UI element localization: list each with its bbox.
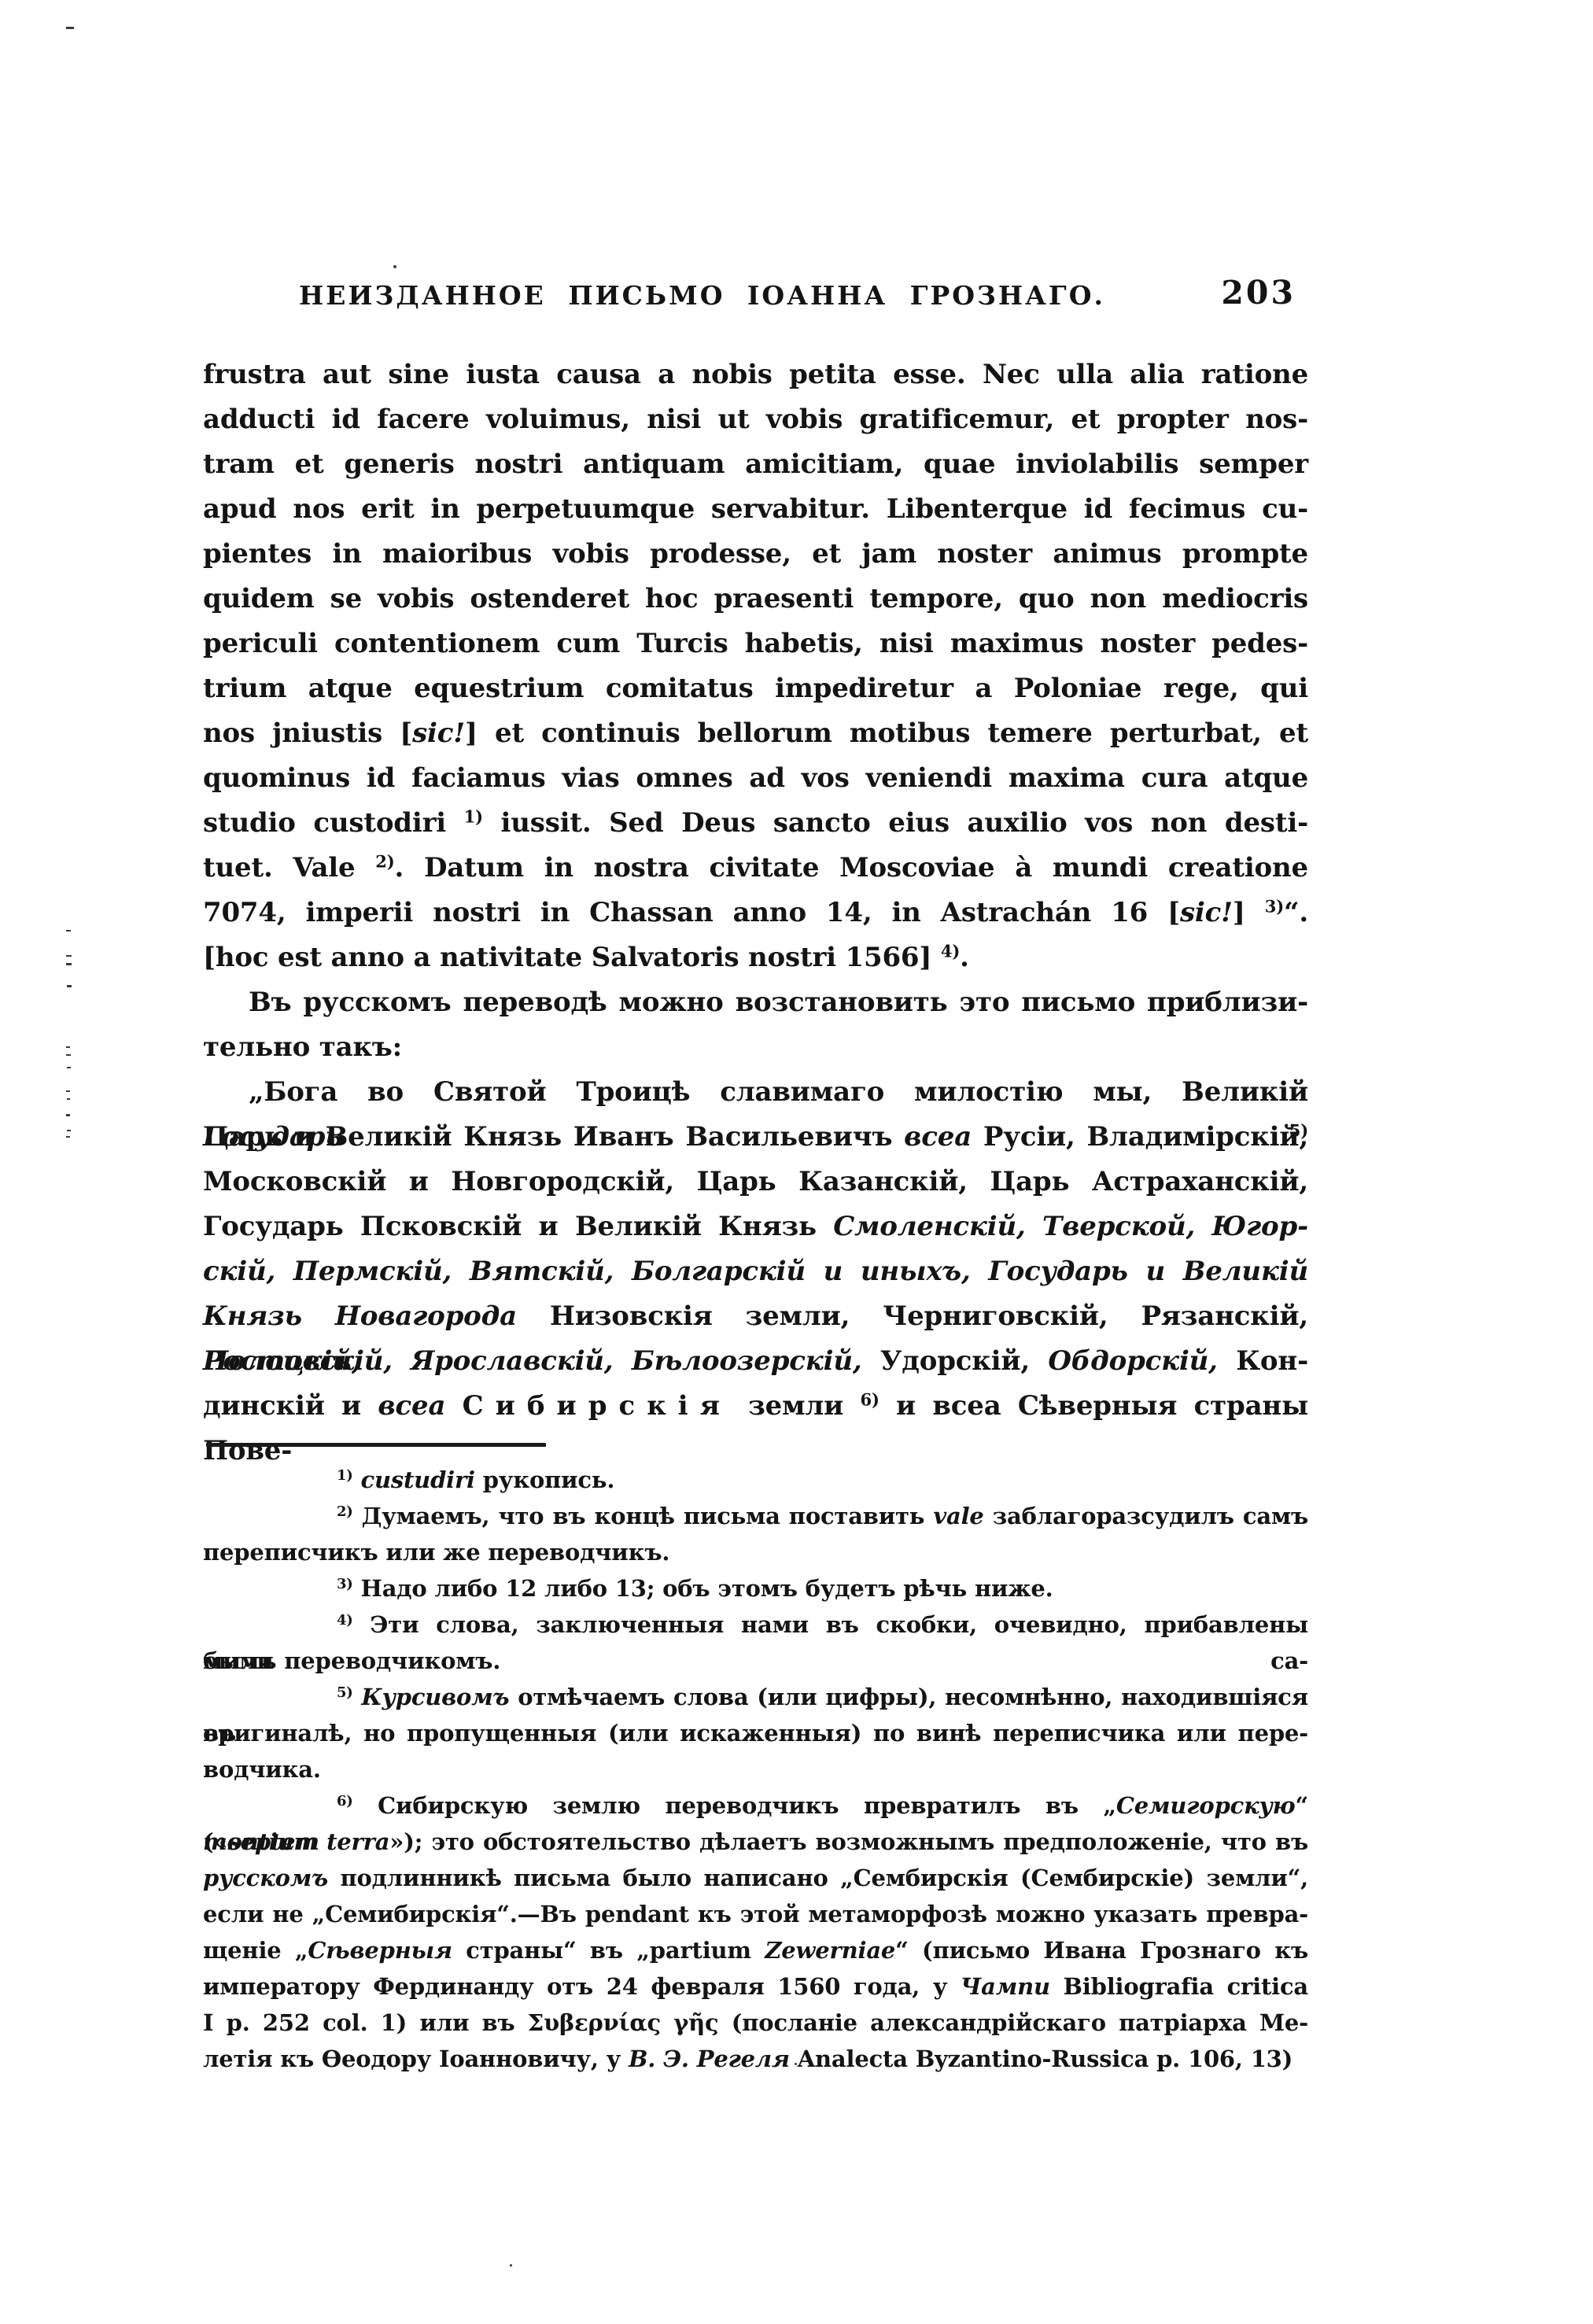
text-segment: periculi contentionem cum Turcis habetis… — [203, 628, 1308, 659]
paragraph: frustra aut sine iusta causa a nobis pet… — [203, 352, 1308, 980]
text-segment: щеніе „ — [203, 1937, 308, 1964]
text-segment: Кон- — [1218, 1345, 1308, 1377]
text-segment — [353, 1684, 362, 1710]
text-segment: vale — [933, 1503, 983, 1529]
text-line: nos jniustis [sic!] et continuis belloru… — [203, 711, 1308, 756]
scan-artifact — [795, 2063, 797, 2065]
text-line: 1) custudiri рукопись. — [203, 1462, 1308, 1498]
text-segment: “ (письмо Ивана Грознаго къ — [895, 1937, 1308, 1964]
scan-artifact — [66, 27, 74, 29]
text-line: quidem se vobis ostenderet hoc praesenti… — [203, 577, 1308, 622]
text-line: Московскій и Новгородскій, Царь Казанскі… — [203, 1160, 1308, 1204]
text-segment: мимъ переводчикомъ. — [203, 1647, 500, 1674]
text-segment: Семигорскую — [1116, 1792, 1296, 1819]
text-segment: рукопись. — [475, 1466, 614, 1493]
text-line: динскій и всеа Сибирскія земли 6) и всеа… — [203, 1384, 1308, 1429]
text-line: летія къ Ѳеодору Іоанновичу, у В. Э. Рег… — [203, 2041, 1308, 2077]
text-line: montium terra»); это обстоятельство дѣла… — [203, 1824, 1308, 1860]
text-segment: quidem se vobis ostenderet hoc praesenti… — [203, 583, 1308, 614]
scan-artifact — [66, 963, 72, 965]
text-segment: Сѣверныя — [308, 1937, 452, 1964]
running-header: НЕИЗДАННОЕ ПИСЬМО ІОАННА ГРОЗНАГО. 203 — [203, 280, 1308, 323]
text-segment: императору Фердинанду отъ 24 февраля 156… — [203, 1973, 961, 2000]
text-line: periculi contentionem cum Turcis habetis… — [203, 622, 1308, 666]
paragraph: „Бога во Святой Троицѣ славимаго милості… — [203, 1070, 1308, 1429]
text-line: Государь Псковскій и Великій Князь Смоле… — [203, 1204, 1308, 1249]
text-line: 6) Сибирскую землю переводчикъ превратил… — [203, 1787, 1308, 1824]
text-segment: »); это обстоятельство дѣлаетъ возможным… — [389, 1828, 1308, 1855]
paragraph: 5) Курсивомъ отмѣчаемъ слова (или цифры)… — [203, 1679, 1308, 1787]
text-segment: nos jniustis [ — [203, 717, 412, 749]
text-line: скій, Пермскій, Вятскій, Болгарскій и ин… — [203, 1249, 1308, 1294]
text-line: тельно такъ: — [203, 1025, 1308, 1070]
text-segment: Analecta Byzantino-Russica p. 106, 13) — [790, 2045, 1292, 2072]
text-segment: pientes in maioribus vobis prodesse, et … — [203, 538, 1308, 570]
text-segment: iussit. Sed Deus sancto eius auxilio vos… — [483, 807, 1308, 839]
text-segment: переписчикъ или же переводчикъ. — [203, 1539, 669, 1566]
text-segment: Курсивомъ — [361, 1684, 509, 1710]
text-segment: custudiri — [361, 1466, 475, 1493]
text-line: [hoc est anno a nativitate Salvatoris no… — [203, 935, 1308, 980]
scan-artifact — [393, 265, 396, 268]
text-line: trium atque equestrium comitatus impedir… — [203, 666, 1308, 711]
text-segment: Надо либо 12 либо 13; объ этомъ будетъ р… — [353, 1575, 1053, 1602]
text-segment: земли — [732, 1390, 861, 1422]
paragraph: 1) custudiri рукопись. — [203, 1462, 1308, 1498]
text-segment: Сибирскую землю переводчикъ превратилъ в… — [353, 1792, 1116, 1819]
text-segment: ] — [1233, 897, 1265, 928]
text-segment: sic! — [412, 717, 465, 749]
paragraph: 3) Надо либо 12 либо 13; объ этомъ будет… — [203, 1570, 1308, 1607]
text-line: tuet. Vale 2). Datum in nostra civitate … — [203, 846, 1308, 891]
page-title: НЕИЗДАННОЕ ПИСЬМО ІОАННА ГРОЗНАГО. — [203, 280, 1308, 311]
text-segment: оригиналѣ, но пропущенныя (или искаженны… — [203, 1720, 1308, 1747]
paragraph: 6) Сибирскую землю переводчикъ превратил… — [203, 1787, 1308, 2077]
text-segment: Московскій и Новгородскій, Царь Казанскі… — [203, 1166, 1308, 1197]
text-segment: Въ русскомъ переводѣ можно возстановить … — [249, 987, 1308, 1018]
text-segment: Государь Псковскій и Великій Князь — [203, 1211, 833, 1242]
text-segment: тельно такъ: — [203, 1031, 402, 1063]
text-segment: sic! — [1180, 897, 1233, 928]
text-segment: frustra aut sine iusta causa a nobis pet… — [203, 359, 1308, 390]
page-number: 203 — [1221, 274, 1296, 312]
text-segment: adducti id facere voluimus, nisi ut vobi… — [203, 404, 1308, 435]
scan-artifact — [67, 1067, 71, 1068]
text-segment: скій, Пермскій, Вятскій, Болгарскій и ин… — [203, 1256, 1308, 1287]
text-line: pientes in maioribus vobis prodesse, et … — [203, 532, 1308, 577]
text-segment: страны“ въ „partium — [452, 1937, 765, 1964]
text-segment: [hoc est anno a nativitate Salvatoris no… — [203, 942, 941, 973]
text-line: водчика. — [203, 1751, 1308, 1787]
text-segment: tuet. Vale — [203, 852, 375, 883]
text-line: adducti id facere voluimus, nisi ut vobi… — [203, 397, 1308, 442]
text-segment: Bibliografia critica — [1050, 1973, 1308, 2000]
text-segment: trium atque equestrium comitatus impedir… — [203, 673, 1308, 704]
main-text: frustra aut sine iusta causa a nobis pet… — [203, 352, 1308, 1429]
scan-artifact — [66, 1090, 70, 1092]
text-line: если не „Семибирскія“.—Въ pendant къ это… — [203, 1896, 1308, 1932]
text-segment: летія къ Ѳеодору Іоанновичу, у — [203, 2045, 629, 2072]
text-segment: В. Э. Регеля — [629, 2045, 790, 2072]
text-segment: всеа — [378, 1390, 445, 1422]
text-segment: Обдорскій, — [1048, 1345, 1217, 1377]
text-segment: русскомъ — [203, 1865, 328, 1891]
text-line: tram et generis nostri antiquam amicitia… — [203, 442, 1308, 487]
text-segment — [353, 1466, 361, 1493]
scan-artifact — [510, 2264, 512, 2267]
text-line: quominus id faciamus vias omnes ad vos v… — [203, 756, 1308, 801]
text-segment: „Бога во Святой Троицѣ славимаго милості… — [249, 1076, 1308, 1108]
footnotes: 1) custudiri рукопись.2) Думаемъ, что въ… — [203, 1462, 1308, 2077]
text-segment: quominus id faciamus vias omnes ad vos v… — [203, 762, 1308, 794]
text-line: переписчикъ или же переводчикъ. — [203, 1534, 1308, 1570]
text-segment: “. — [1284, 897, 1308, 928]
text-line: apud nos erit in perpetuumque servabitur… — [203, 487, 1308, 532]
text-line: императору Фердинанду отъ 24 февраля 156… — [203, 1968, 1308, 2005]
text-segment: . Datum in nostra civitate Moscoviae à m… — [395, 852, 1308, 883]
text-line: 7074, imperii nostri in Chassan anno 14,… — [203, 891, 1308, 935]
text-line: I p. 252 col. 1) или въ Συβερνίας γῆς (п… — [203, 2005, 1308, 2041]
text-segment: Zewerniae — [765, 1937, 895, 1964]
text-segment: динскій и — [203, 1390, 378, 1422]
text-segment: ] et continuis bellorum motibus temere p… — [465, 717, 1308, 749]
text-segment: подлинникѣ письма было написано „Сембирс… — [328, 1865, 1308, 1891]
text-segment: studio custodiri — [203, 807, 464, 839]
scan-artifact — [66, 1136, 70, 1138]
paragraph: 4) Эти слова, заключенныя нами въ скобки… — [203, 1607, 1308, 1679]
scan-artifact — [67, 1130, 71, 1131]
text-line: русскомъ подлинникѣ письма было написано… — [203, 1860, 1308, 1896]
text-line: щеніе „Сѣверныя страны“ въ „partium Zewe… — [203, 1932, 1308, 1968]
text-line: studio custodiri 1) iussit. Sed Deus san… — [203, 801, 1308, 846]
text-segment — [445, 1390, 462, 1422]
text-segment: 7074, imperii nostri in Chassan anno 14,… — [203, 897, 1180, 928]
text-line: Ростовскій, Ярославскій, Бѣлоозерскій, У… — [203, 1339, 1308, 1384]
text-segment: если не „Семибирскія“.—Въ pendant къ это… — [203, 1901, 1308, 1927]
text-segment: Чампи — [961, 1973, 1050, 2000]
text-segment: Думаемъ, что въ концѣ письма поставить — [353, 1503, 934, 1529]
text-segment: Ростовскій, Ярославскій, Бѣлоозерскій, — [203, 1345, 862, 1377]
text-segment: Смоленскій, Тверской, Югор- — [833, 1211, 1308, 1242]
text-line: 2) Думаемъ, что въ концѣ письма поставит… — [203, 1498, 1308, 1534]
text-segment: apud nos erit in perpetuumque servabitur… — [203, 493, 1308, 525]
text-segment: водчика. — [203, 1756, 321, 1783]
text-segment: заблагоразсудилъ самъ — [984, 1503, 1308, 1529]
scan-artifact — [67, 1098, 70, 1100]
text-segment: Низовскія земли, Черниговскій, Рязанскій… — [517, 1300, 1308, 1332]
paragraph: 2) Думаемъ, что въ концѣ письма поставит… — [203, 1498, 1308, 1570]
scan-artifact — [66, 955, 72, 957]
text-line: Въ русскомъ переводѣ можно возстановить … — [203, 980, 1308, 1025]
text-segment: tram et generis nostri antiquam amicitia… — [203, 448, 1308, 480]
footnote-separator — [206, 1443, 546, 1447]
text-segment: всеа — [904, 1121, 972, 1153]
text-line: 4) Эти слова, заключенныя нами въ скобки… — [203, 1607, 1308, 1643]
scan-artifact — [67, 985, 72, 987]
paragraph: Въ русскомъ переводѣ можно возстановить … — [203, 980, 1308, 1070]
text-segment: montium terra — [203, 1828, 389, 1855]
text-segment: . — [960, 942, 969, 973]
scan-artifact — [66, 1114, 70, 1116]
text-line: 5) Курсивомъ отмѣчаемъ слова (или цифры)… — [203, 1679, 1308, 1715]
text-line: frustra aut sine iusta causa a nobis pet… — [203, 352, 1308, 397]
text-segment: Князь Новагорода — [203, 1300, 517, 1332]
text-line: Царь и Великій Князь Иванъ Васильевичъ в… — [203, 1115, 1308, 1160]
text-segment: Царь и Великій Князь Иванъ Васильевичъ — [203, 1121, 904, 1153]
text-segment: Русіи, Владимірскій, — [972, 1121, 1308, 1153]
text-line: Князь Новагорода Низовскія земли, Черниг… — [203, 1294, 1308, 1339]
scan-artifact — [66, 1054, 71, 1056]
text-line: „Бога во Святой Троицѣ славимаго милості… — [203, 1070, 1308, 1115]
text-segment: I p. 252 col. 1) или въ Συβερνίας γῆς (п… — [203, 2009, 1308, 2036]
text-segment: Удорскій, — [862, 1345, 1049, 1377]
scan-artifact — [66, 1046, 70, 1048]
text-segment: Сибирскія — [463, 1390, 732, 1422]
text-line: оригиналѣ, но пропущенныя (или искаженны… — [203, 1715, 1308, 1751]
scan-artifact — [66, 930, 71, 931]
text-line: 3) Надо либо 12 либо 13; объ этомъ будет… — [203, 1570, 1308, 1607]
book-page: НЕИЗДАННОЕ ПИСЬМО ІОАННА ГРОЗНАГО. 203 f… — [0, 0, 1593, 2324]
